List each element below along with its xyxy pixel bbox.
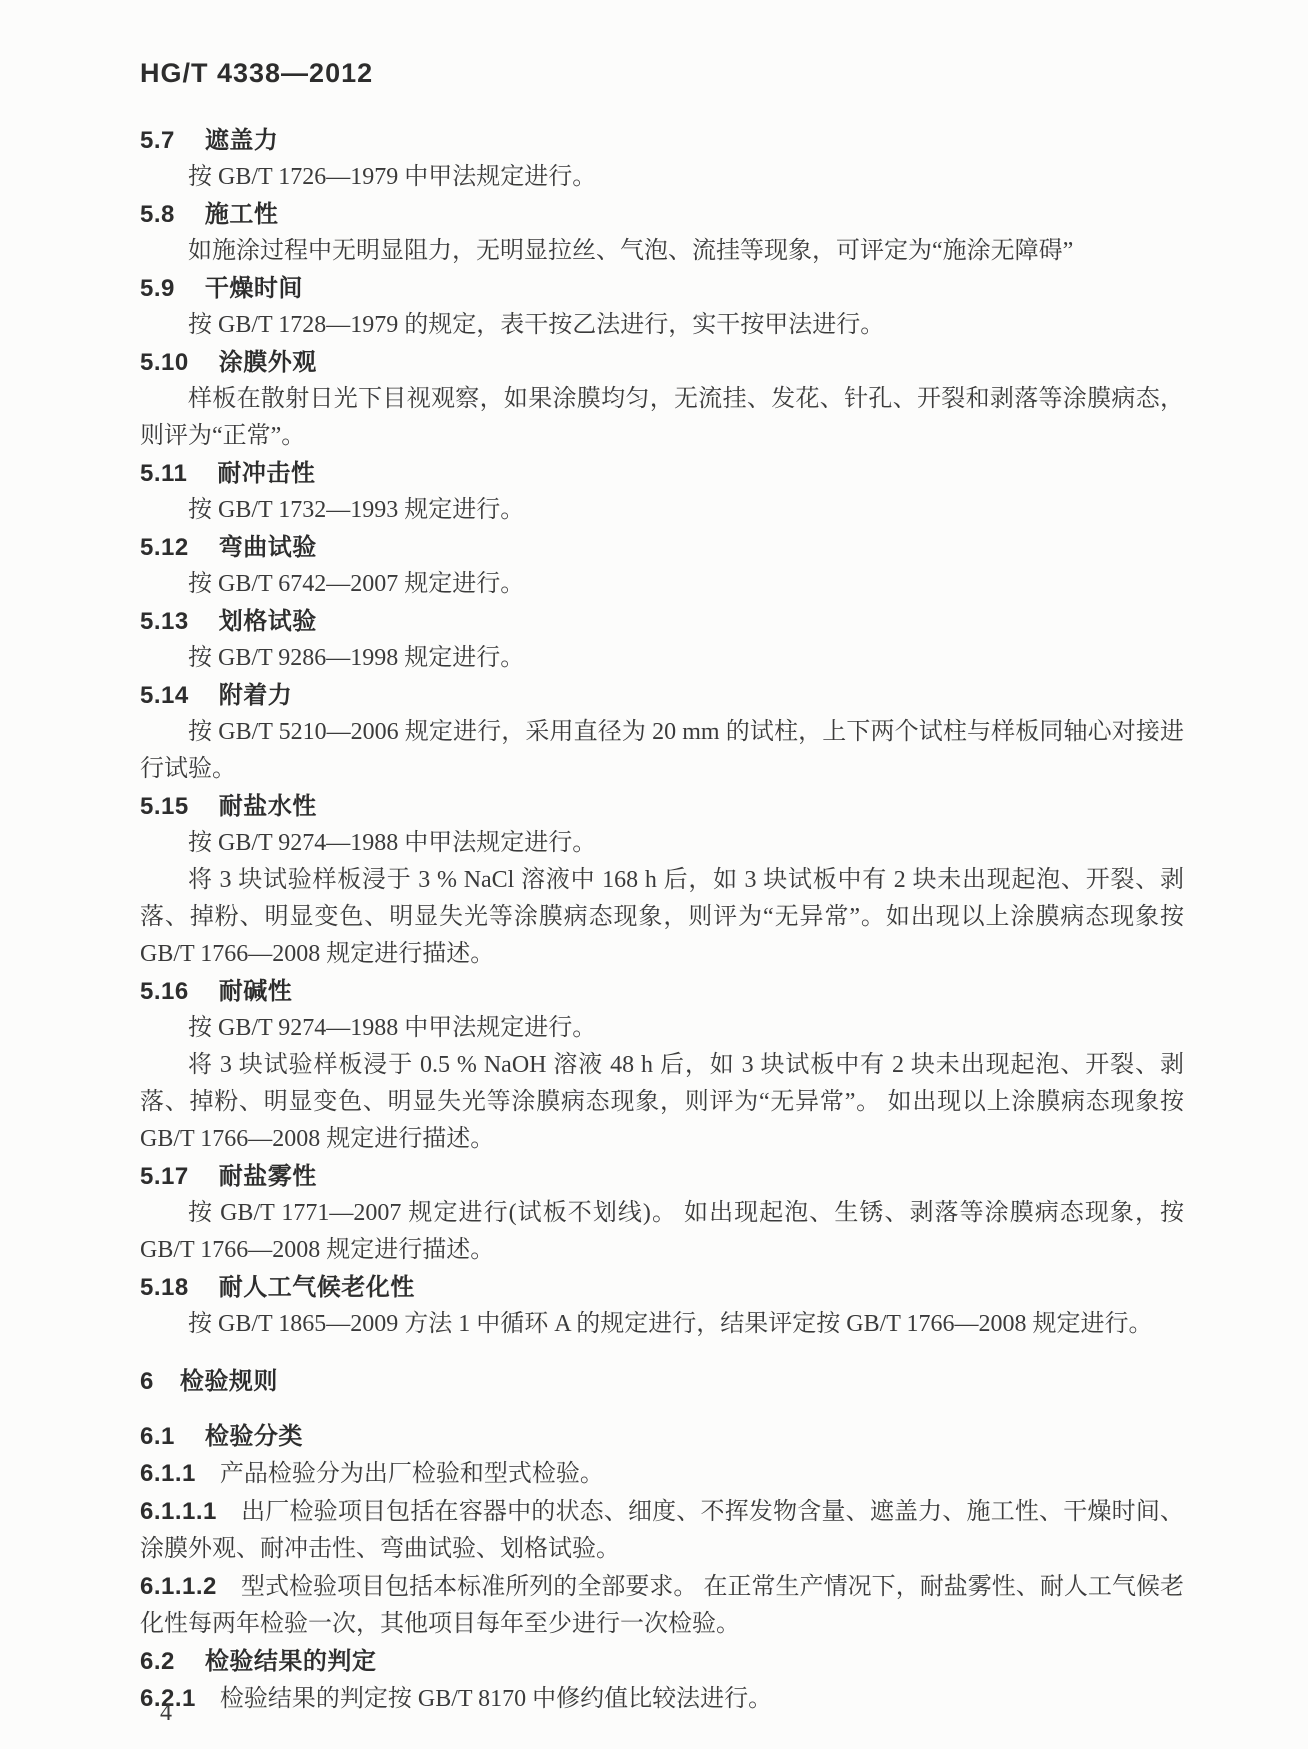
clause-5-9-paragraph: 按 GB/T 1728—1979 的规定，表干按乙法进行，实干按甲法进行。	[140, 307, 1184, 344]
clause-number: 5.12	[140, 534, 189, 561]
clause-number: 5.7	[140, 127, 175, 154]
clause-number: 5.13	[140, 608, 189, 635]
clause-5-12-paragraph: 按 GB/T 6742—2007 规定进行。	[140, 566, 1184, 603]
clause-title: 耐冲击性	[217, 460, 315, 487]
clause-5-16-heading: 5.16耐碱性	[140, 973, 1184, 1010]
clause-5-13-paragraph: 按 GB/T 9286—1998 规定进行。	[140, 640, 1184, 677]
clause-5-12-heading: 5.12弯曲试验	[140, 529, 1184, 566]
clause-5-16-paragraph-2: 将 3 块试验样板浸于 0.5 % NaOH 溶液 48 h 后，如 3 块试板…	[140, 1047, 1184, 1158]
clause-5-8: 5.8施工性 如施涂过程中无明显阻力，无明显拉丝、气泡、流挂等现象，可评定为“施…	[140, 196, 1184, 270]
clause-number: 5.9	[140, 275, 175, 302]
clause-title: 弯曲试验	[219, 534, 317, 561]
clause-5-18: 5.18耐人工气候老化性 按 GB/T 1865—2009 方法 1 中循环 A…	[140, 1269, 1184, 1343]
clause-number: 5.15	[140, 793, 189, 820]
clause-6-2-heading: 6.2检验结果的判定	[140, 1643, 1184, 1680]
clause-5-10-heading: 5.10涂膜外观	[140, 344, 1184, 381]
clause-6-1-1-2: 6.1.1.2型式检验项目包括本标准所列的全部要求。 在正常生产情况下，耐盐雾性…	[140, 1568, 1184, 1643]
page-content: HG/T 4338—2012 5.7遮盖力 按 GB/T 1726—1979 中…	[140, 56, 1184, 1718]
clause-6-2-1: 6.2.1检验结果的判定按 GB/T 8170 中修约值比较法进行。	[140, 1680, 1184, 1718]
clause-5-18-heading: 5.18耐人工气候老化性	[140, 1269, 1184, 1306]
clause-title: 划格试验	[219, 608, 317, 635]
clause-5-9: 5.9干燥时间 按 GB/T 1728—1979 的规定，表干按乙法进行，实干按…	[140, 270, 1184, 344]
clause-5-12: 5.12弯曲试验 按 GB/T 6742—2007 规定进行。	[140, 529, 1184, 603]
clause-number: 6.1.1.1	[140, 1498, 217, 1525]
clause-number: 6.1.1.2	[140, 1573, 217, 1600]
clause-5-7: 5.7遮盖力 按 GB/T 1726—1979 中甲法规定进行。	[140, 122, 1184, 196]
standard-code: HG/T 4338—2012	[140, 56, 1184, 90]
clause-5-11-heading: 5.11耐冲击性	[140, 455, 1184, 492]
clause-number: 5.10	[140, 349, 189, 376]
clause-5-7-heading: 5.7遮盖力	[140, 122, 1184, 159]
clause-text: 检验结果的判定按 GB/T 8170 中修约值比较法进行。	[220, 1686, 772, 1712]
clause-number: 5.11	[140, 460, 187, 487]
clause-5-16: 5.16耐碱性 按 GB/T 9274—1988 中甲法规定进行。 将 3 块试…	[140, 973, 1184, 1158]
clause-number: 6.2	[140, 1648, 175, 1675]
clause-6-1-heading: 6.1检验分类	[140, 1418, 1184, 1455]
clause-5-16-paragraph-1: 按 GB/T 9274—1988 中甲法规定进行。	[140, 1010, 1184, 1047]
chapter-number: 6	[140, 1368, 154, 1395]
clause-title: 耐人工气候老化性	[219, 1274, 415, 1301]
clause-text: 型式检验项目包括本标准所列的全部要求。 在正常生产情况下，耐盐雾性、耐人工气候老…	[140, 1574, 1184, 1637]
clause-title: 施工性	[205, 201, 279, 228]
clause-5-15-heading: 5.15耐盐水性	[140, 788, 1184, 825]
clause-title: 耐盐雾性	[219, 1163, 317, 1190]
clause-number: 5.16	[140, 978, 189, 1005]
clause-title: 附着力	[219, 682, 293, 709]
clause-number: 5.17	[140, 1163, 189, 1190]
clause-title: 干燥时间	[205, 275, 303, 302]
clause-title: 耐碱性	[219, 978, 293, 1005]
clause-title: 涂膜外观	[219, 349, 317, 376]
clause-number: 6.1.1	[140, 1460, 196, 1487]
clause-text: 出厂检验项目包括在容器中的状态、细度、不挥发物含量、遮盖力、施工性、干燥时间、涂…	[140, 1499, 1184, 1562]
clause-5-14: 5.14附着力 按 GB/T 5210—2006 规定进行，采用直径为 20 m…	[140, 677, 1184, 788]
clause-5-7-paragraph: 按 GB/T 1726—1979 中甲法规定进行。	[140, 159, 1184, 196]
clause-5-13: 5.13划格试验 按 GB/T 9286—1998 规定进行。	[140, 603, 1184, 677]
document-page: HG/T 4338—2012 5.7遮盖力 按 GB/T 1726—1979 中…	[0, 0, 1308, 1749]
clause-number: 5.14	[140, 682, 189, 709]
clause-title: 检验分类	[205, 1423, 303, 1450]
chapter-title: 检验规则	[180, 1368, 278, 1395]
clause-5-15-paragraph-2: 将 3 块试验样板浸于 3 % NaCl 溶液中 168 h 后，如 3 块试板…	[140, 862, 1184, 973]
clause-5-15-paragraph-1: 按 GB/T 9274—1988 中甲法规定进行。	[140, 825, 1184, 862]
clause-5-13-heading: 5.13划格试验	[140, 603, 1184, 640]
clause-6-1-1: 6.1.1产品检验分为出厂检验和型式检验。	[140, 1455, 1184, 1493]
clause-5-15: 5.15耐盐水性 按 GB/T 9274—1988 中甲法规定进行。 将 3 块…	[140, 788, 1184, 973]
clause-title: 遮盖力	[205, 127, 279, 154]
chapter-6-heading: 6检验规则	[140, 1363, 1184, 1400]
clause-5-17-paragraph: 按 GB/T 1771—2007 规定进行(试板不划线)。 如出现起泡、生锈、剥…	[140, 1195, 1184, 1269]
clause-5-18-paragraph: 按 GB/T 1865—2009 方法 1 中循环 A 的规定进行，结果评定按 …	[140, 1306, 1184, 1343]
clause-5-8-paragraph: 如施涂过程中无明显阻力，无明显拉丝、气泡、流挂等现象，可评定为“施涂无障碍”	[140, 233, 1184, 270]
clause-5-11: 5.11耐冲击性 按 GB/T 1732—1993 规定进行。	[140, 455, 1184, 529]
page-number: 4	[160, 1700, 172, 1727]
clause-number: 6.1	[140, 1423, 175, 1450]
clause-text: 产品检验分为出厂检验和型式检验。	[220, 1461, 604, 1487]
clause-5-9-heading: 5.9干燥时间	[140, 270, 1184, 307]
clause-5-11-paragraph: 按 GB/T 1732—1993 规定进行。	[140, 492, 1184, 529]
clause-5-14-heading: 5.14附着力	[140, 677, 1184, 714]
clause-number: 5.18	[140, 1274, 189, 1301]
clause-5-10: 5.10涂膜外观 样板在散射日光下目视观察，如果涂膜均匀，无流挂、发花、针孔、开…	[140, 344, 1184, 455]
clause-6-1-1-1: 6.1.1.1出厂检验项目包括在容器中的状态、细度、不挥发物含量、遮盖力、施工性…	[140, 1493, 1184, 1568]
clause-number: 5.8	[140, 201, 175, 228]
clause-5-17-heading: 5.17耐盐雾性	[140, 1158, 1184, 1195]
clause-title: 耐盐水性	[219, 793, 317, 820]
clause-5-8-heading: 5.8施工性	[140, 196, 1184, 233]
clause-5-14-paragraph: 按 GB/T 5210—2006 规定进行，采用直径为 20 mm 的试柱，上下…	[140, 714, 1184, 788]
clause-5-17: 5.17耐盐雾性 按 GB/T 1771—2007 规定进行(试板不划线)。 如…	[140, 1158, 1184, 1269]
clause-5-10-paragraph: 样板在散射日光下目视观察，如果涂膜均匀，无流挂、发花、针孔、开裂和剥落等涂膜病态…	[140, 381, 1184, 455]
clause-title: 检验结果的判定	[205, 1648, 377, 1675]
